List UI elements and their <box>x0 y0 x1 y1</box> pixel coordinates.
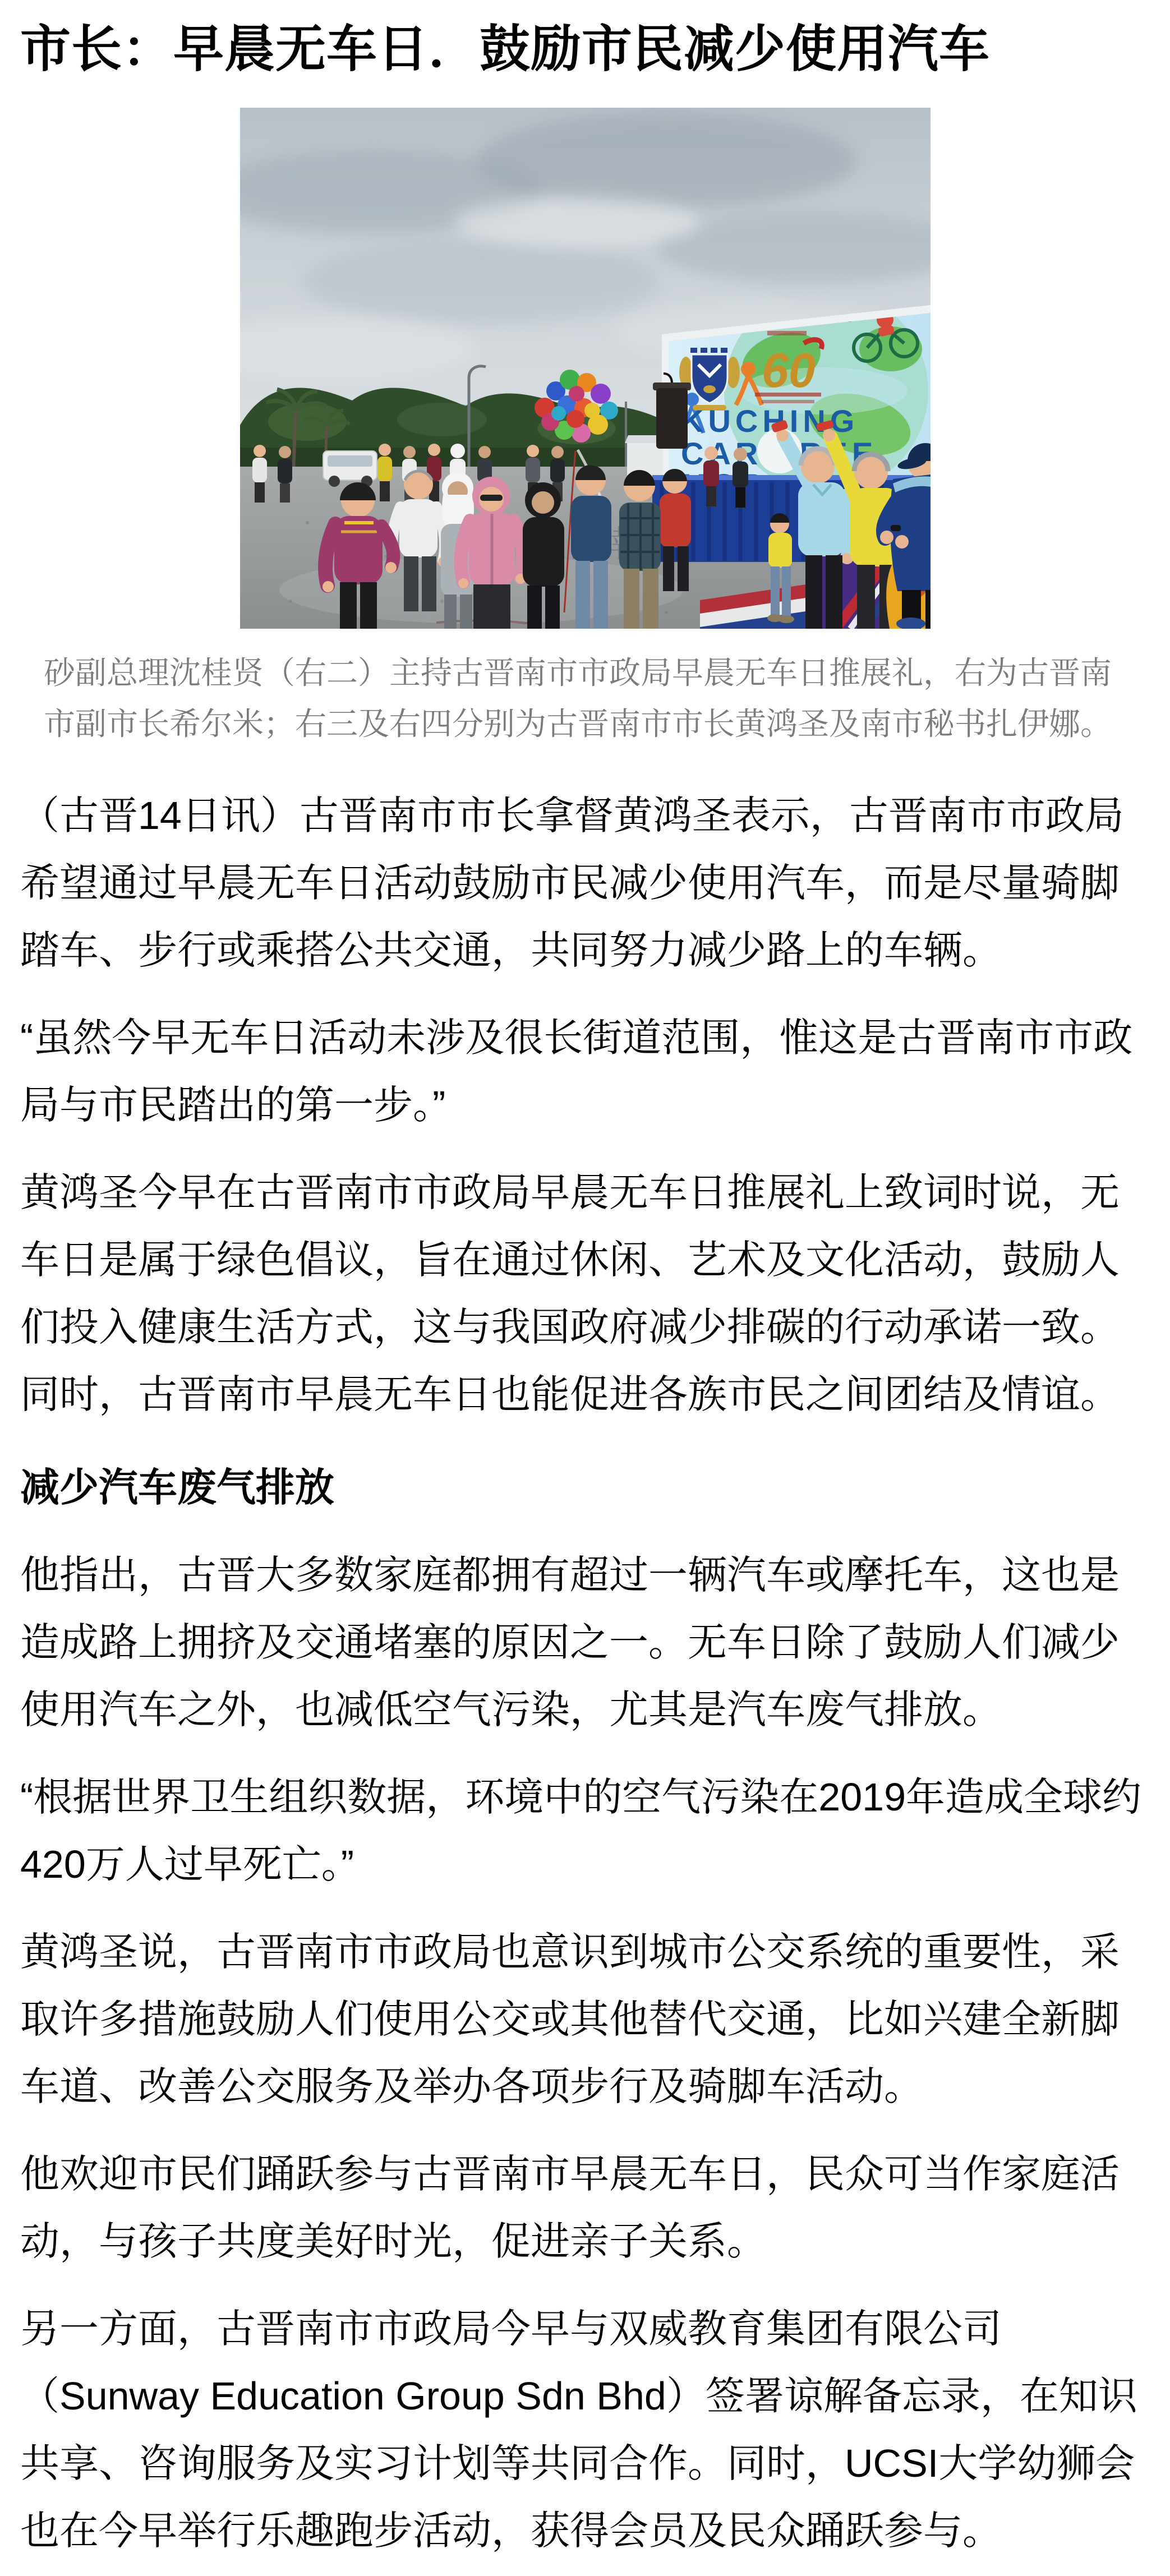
paragraph: 另一方面，古晋南市市政局今早与双威教育集团有限公司（Sunway Educati… <box>20 2295 1145 2564</box>
news-photo-illustration: 星洲日報 <box>240 108 931 629</box>
article-headline: 市长：早晨无车日．鼓励市民减少使用汽车 <box>20 19 1148 81</box>
paragraph: 黄鸿圣今早在古晋南市市政局早晨无车日推展礼上致词时说，无车日是属于绿色倡议，旨在… <box>20 1159 1145 1428</box>
runner-graphic <box>741 362 756 376</box>
paragraph: （古晋14日讯）古晋南市市长拿督黄鸿圣表示，古晋南市市政局希望通过早晨无车日活动… <box>20 782 1145 984</box>
paragraph: “根据世界卫生组织数据，环境中的空气污染在2019年造成全球约420万人过早死亡… <box>20 1763 1145 1898</box>
paragraph: “虽然今早无车日活动未涉及很长街道范围，惟这是古晋南市市政局与市民踏出的第一步。… <box>20 1004 1145 1139</box>
article-body: （古晋14日讯）古晋南市市长拿督黄鸿圣表示，古晋南市市政局希望通过早晨无车日活动… <box>20 782 1145 2564</box>
photo-caption: 砂副总理沈桂贤（右二）主持古晋南市市政局早晨无车日推展礼，右为古晋南市副市长希尔… <box>44 648 1126 749</box>
podium <box>653 374 691 449</box>
svg-text:60: 60 <box>762 344 816 398</box>
article-photo: 星洲日報 <box>240 108 931 629</box>
paragraph: 他指出，古晋大多数家庭都拥有超过一辆汽车或摩托车，这也是造成路上拥挤及交通堵塞的… <box>20 1541 1145 1743</box>
section-subheading: 减少汽车废气排放 <box>20 1454 1145 1521</box>
paragraph: 黄鸿圣说，古晋南市市政局也意识到城市公交系统的重要性，采取许多措施鼓励人们使用公… <box>20 1918 1145 2120</box>
paragraph: 他欢迎市民们踊跃参与古晋南市早晨无车日，民众可当作家庭活动，与孩子共度美好时光，… <box>20 2140 1145 2275</box>
